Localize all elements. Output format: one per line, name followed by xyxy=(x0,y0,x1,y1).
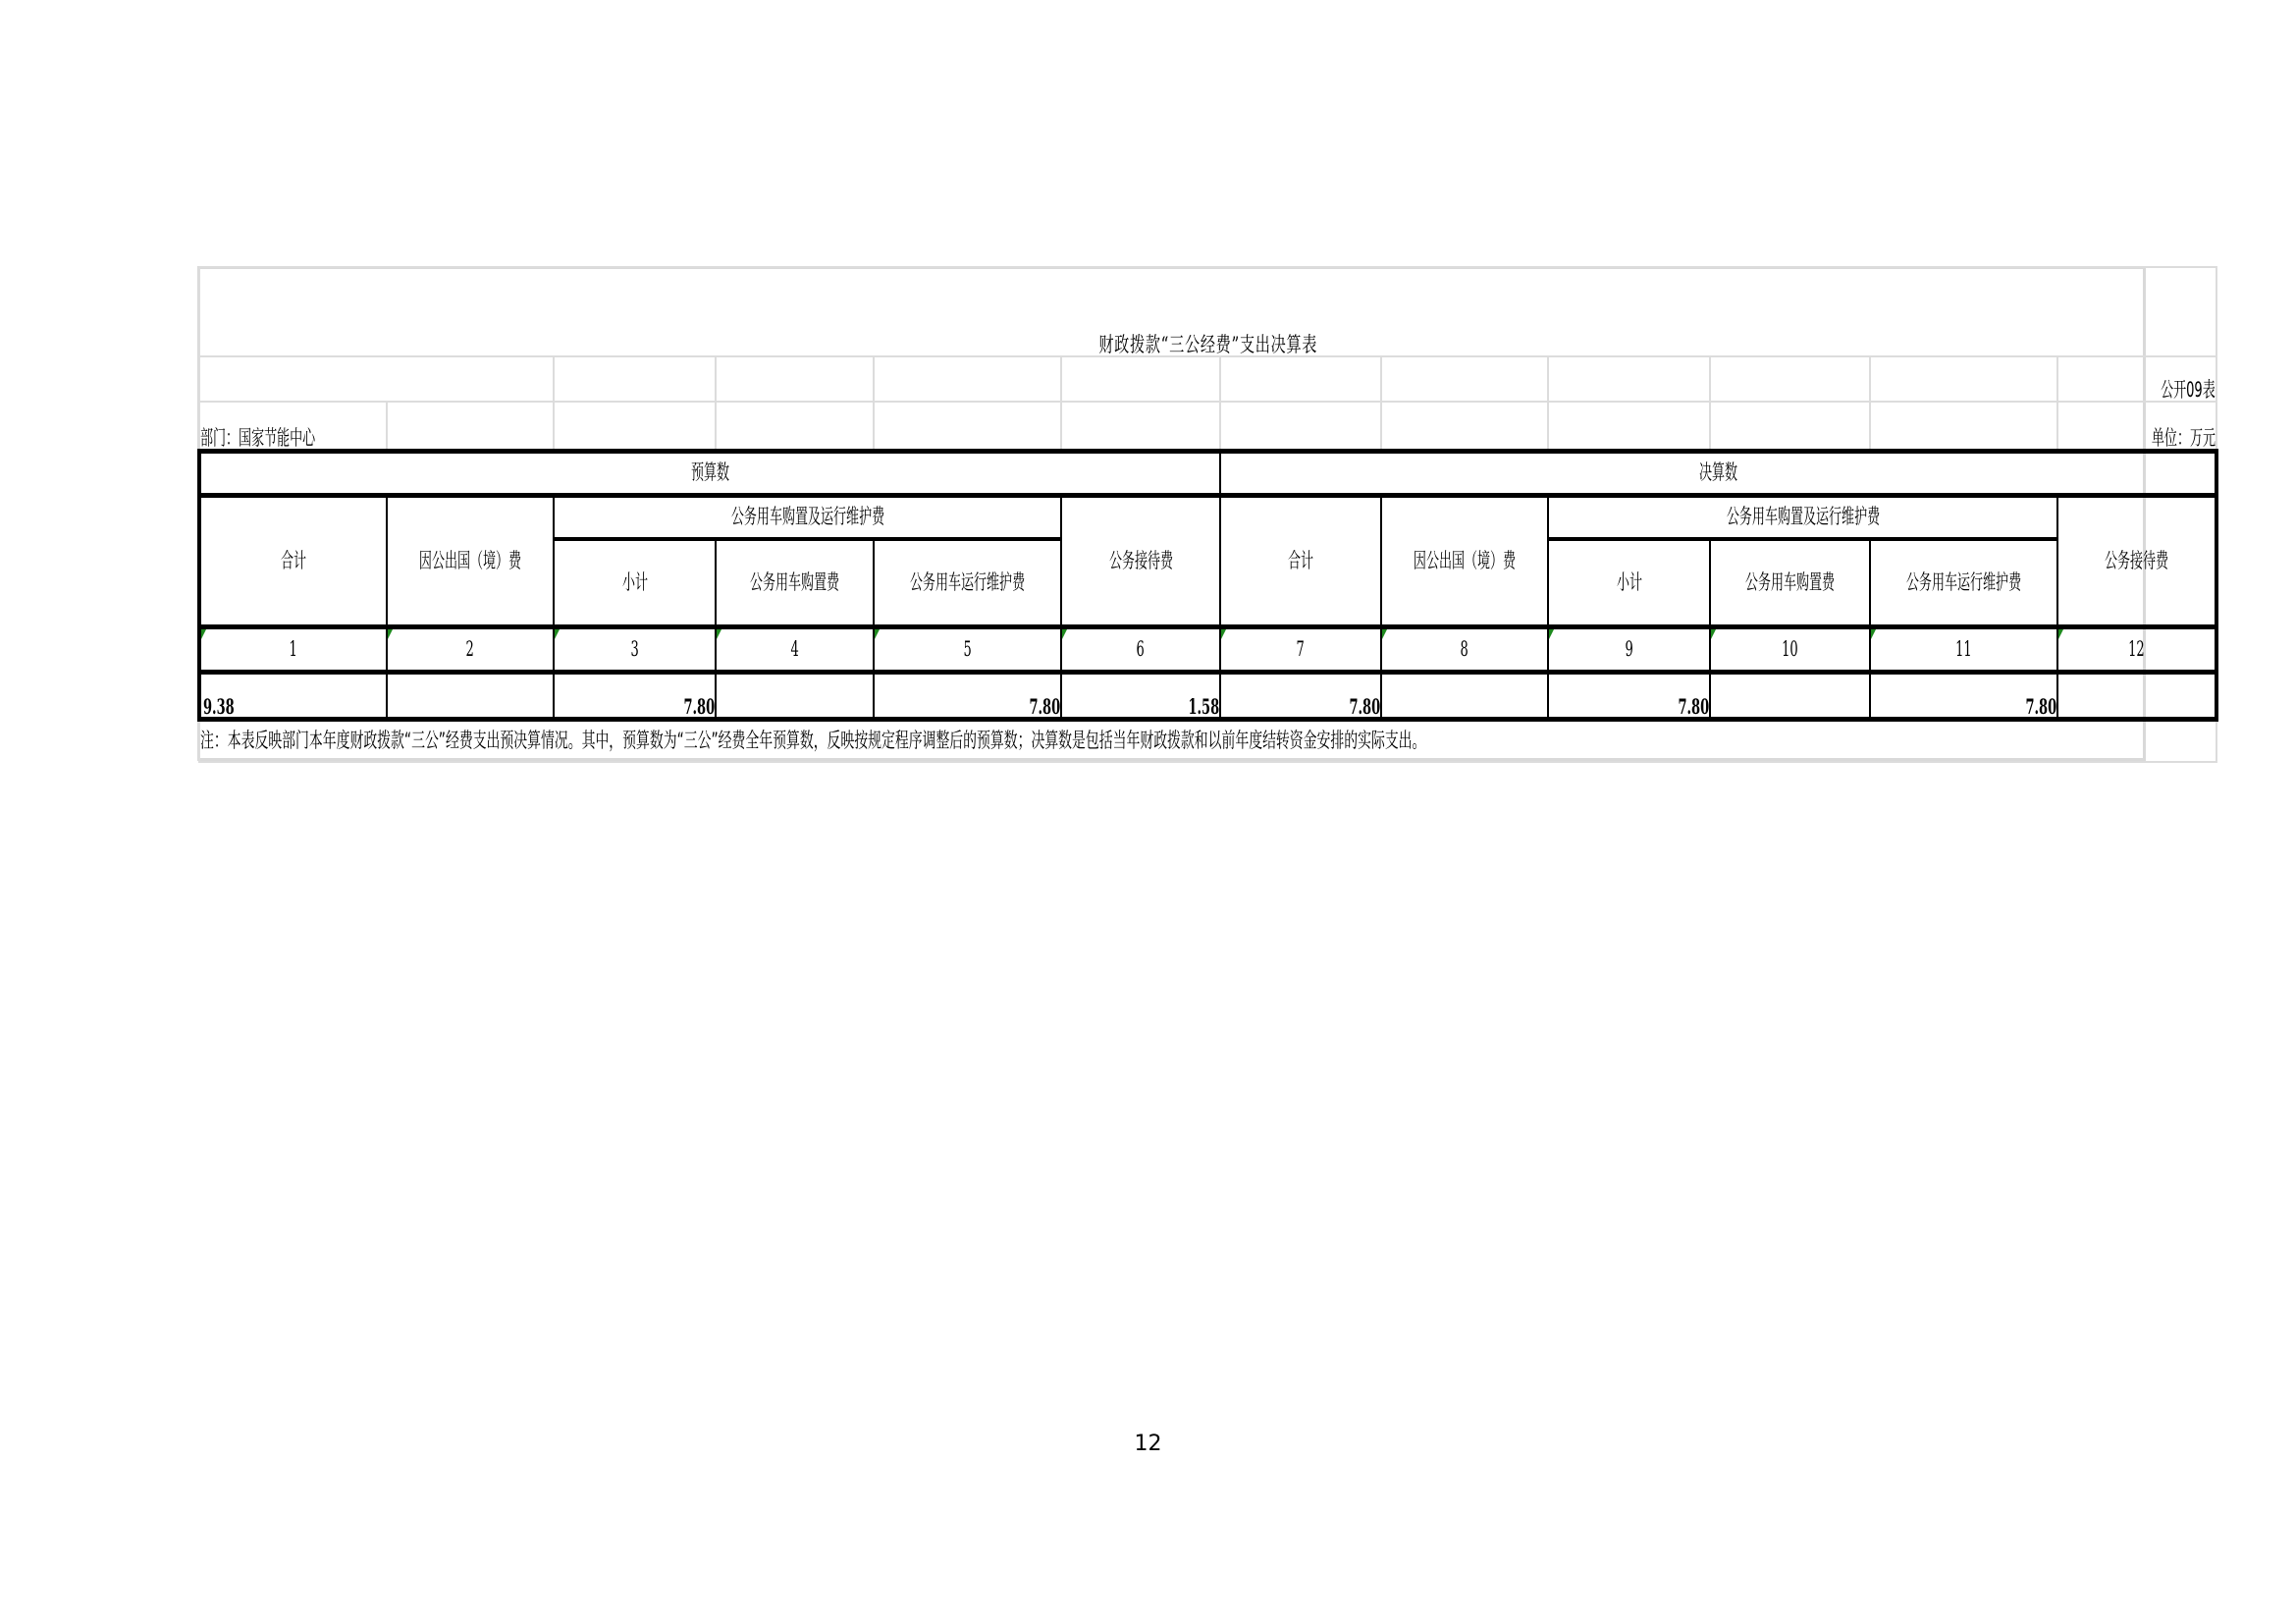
header-budget-subtotal: 小计 xyxy=(554,539,716,626)
value-budget-subtotal: 7.80 xyxy=(554,672,716,719)
value-final-subtotal: 7.80 xyxy=(1548,672,1710,719)
cell-comment-marker-icon xyxy=(388,629,393,639)
page-title: 财政拨款“三公经费”支出决算表 xyxy=(199,267,2216,356)
cell-comment-marker-icon xyxy=(1871,629,1876,639)
cell-comment-marker-icon xyxy=(201,629,206,639)
form-code: 公开09表 xyxy=(2057,356,2216,402)
value-final-vehicle-operation: 7.80 xyxy=(1870,672,2057,719)
header-budget-reception: 公务接待费 xyxy=(1061,495,1220,626)
final-group-header: 决算数 xyxy=(1220,451,2216,495)
value-final-total: 7.80 xyxy=(1220,672,1381,719)
column-number: 3 xyxy=(554,626,716,672)
value-final-abroad xyxy=(1381,672,1548,719)
cell-comment-marker-icon xyxy=(555,629,560,639)
value-final-reception xyxy=(2057,672,2216,719)
cell-comment-marker-icon xyxy=(1382,629,1387,639)
header-final-abroad: 因公出国（境）费 xyxy=(1381,495,1548,626)
header-budget-vehicle-operation: 公务用车运行维护费 xyxy=(874,539,1061,626)
cell-comment-marker-icon xyxy=(875,629,880,639)
cell-comment-marker-icon xyxy=(1062,629,1067,639)
cell-comment-marker-icon xyxy=(1221,629,1226,639)
header-budget-vehicle-purchase: 公务用车购置费 xyxy=(716,539,874,626)
values-row: 9.38 7.80 7.80 1.58 7.80 7.80 7.80 xyxy=(199,672,2216,719)
column-number: 12 xyxy=(2057,626,2216,672)
header-final-subtotal: 小计 xyxy=(1548,539,1710,626)
column-number: 9 xyxy=(1548,626,1710,672)
header-final-vehicle-purchase: 公务用车购置费 xyxy=(1710,539,1870,626)
table-note: 注：本表反映部门本年度财政拨款“三公”经费支出预决算情况。其中，预算数为“三公”… xyxy=(199,719,2216,762)
column-number-row: 1 2 3 4 5 6 7 8 9 10 11 12 xyxy=(199,626,2216,672)
three-public-expenses-table: 财政拨款“三公经费”支出决算表 公开09表 部门：国家节能中心 单位：万元 预算… xyxy=(197,266,2218,763)
column-number: 4 xyxy=(716,626,874,672)
header-final-reception: 公务接待费 xyxy=(2057,495,2216,626)
value-budget-vehicle-purchase xyxy=(716,672,874,719)
column-number: 10 xyxy=(1710,626,1870,672)
header-final-total: 合计 xyxy=(1220,495,1381,626)
column-number: 1 xyxy=(199,626,387,672)
page-number: 12 xyxy=(0,1432,2296,1456)
column-number: 6 xyxy=(1061,626,1220,672)
value-final-vehicle-purchase xyxy=(1710,672,1870,719)
value-budget-vehicle-operation: 7.80 xyxy=(874,672,1061,719)
column-number: 7 xyxy=(1220,626,1381,672)
column-number: 2 xyxy=(387,626,554,672)
header-budget-vehicle-group: 公务用车购置及运行维护费 xyxy=(554,495,1061,539)
cell-comment-marker-icon xyxy=(717,629,721,639)
cell-comment-marker-icon xyxy=(1549,629,1554,639)
value-budget-reception: 1.58 xyxy=(1061,672,1220,719)
budget-group-header: 预算数 xyxy=(199,451,1220,495)
value-budget-total: 9.38 xyxy=(199,672,387,719)
value-budget-abroad xyxy=(387,672,554,719)
column-number: 5 xyxy=(874,626,1061,672)
header-budget-abroad: 因公出国（境）费 xyxy=(387,495,554,626)
header-final-vehicle-group: 公务用车购置及运行维护费 xyxy=(1548,495,2057,539)
column-number: 11 xyxy=(1870,626,2057,672)
department-label: 部门：国家节能中心 xyxy=(199,402,387,451)
header-final-vehicle-operation: 公务用车运行维护费 xyxy=(1870,539,2057,626)
header-budget-total: 合计 xyxy=(199,495,387,626)
unit-label: 单位：万元 xyxy=(2057,402,2216,451)
cell-comment-marker-icon xyxy=(2058,629,2063,639)
cell-comment-marker-icon xyxy=(1711,629,1716,639)
column-number: 8 xyxy=(1381,626,1548,672)
